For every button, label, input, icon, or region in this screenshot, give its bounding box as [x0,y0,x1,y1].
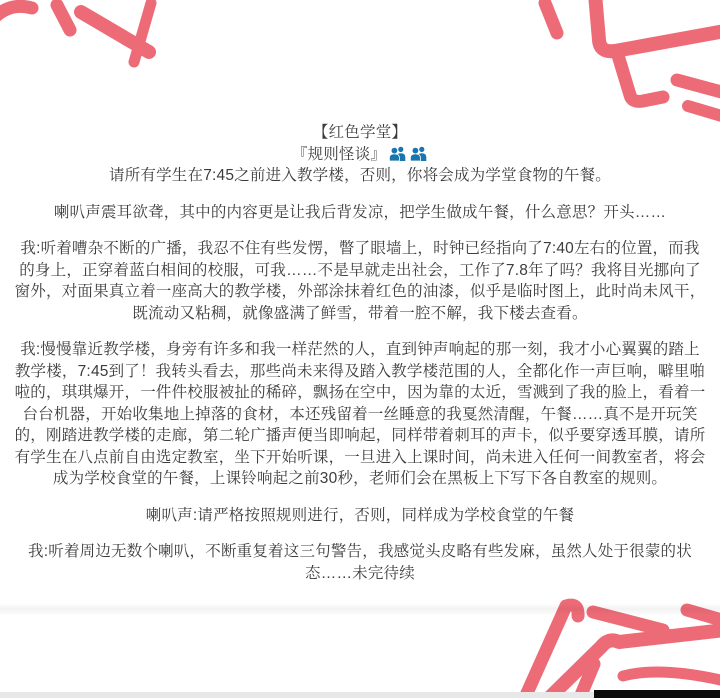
bottom-gray-bar [0,692,594,698]
page: { "colors": { "background": "#ffffff", "… [0,0,720,698]
story-paragraph: 我:听着周边无数个喇叭，不断重复着这三句警告，我感觉头皮略有些发麻，虽然人处于很… [13,541,707,584]
scribble-bottom-right-decoration [485,576,720,698]
scribble-top-left-decoration [0,0,170,78]
story-subtitle: 『规则怪谈』 [292,146,386,163]
story-subtitle-line: 『规则怪谈』 [13,144,707,166]
page-seam [0,603,720,616]
story-intro-rule: 请所有学生在7:45之前进入教学楼，否则，你将会成为学堂食物的午餐。 [13,165,707,187]
story-body: 【红色学堂】 『规则怪谈』 请所有学生在7:45之前进入教学楼，否则，你将会成为… [0,122,720,584]
story-paragraph: 我:听着嘈杂不断的广播，我忍不住有些发愣，瞥了眼墙上，时钟已经指向了7:40左右… [13,238,707,324]
bottom-black-bar [594,690,720,698]
scribble-top-right-decoration [515,0,720,130]
story-paragraph: 喇叭声震耳欲聋，其中的内容更是让我后背发凉，把学生做成午餐，什么意思？开头…… [13,202,707,224]
story-title: 【红色学堂】 [13,122,707,144]
busts-icon [389,146,407,161]
busts-icon [410,146,428,161]
story-paragraph: 我:慢慢靠近教学楼，身旁有许多和我一样茫然的人，直到钟声响起的那一刻，我才小心翼… [13,339,707,490]
story-paragraph: 喇叭声:请严格按照规则进行，否则，同样成为学校食堂的午餐 [13,505,707,527]
